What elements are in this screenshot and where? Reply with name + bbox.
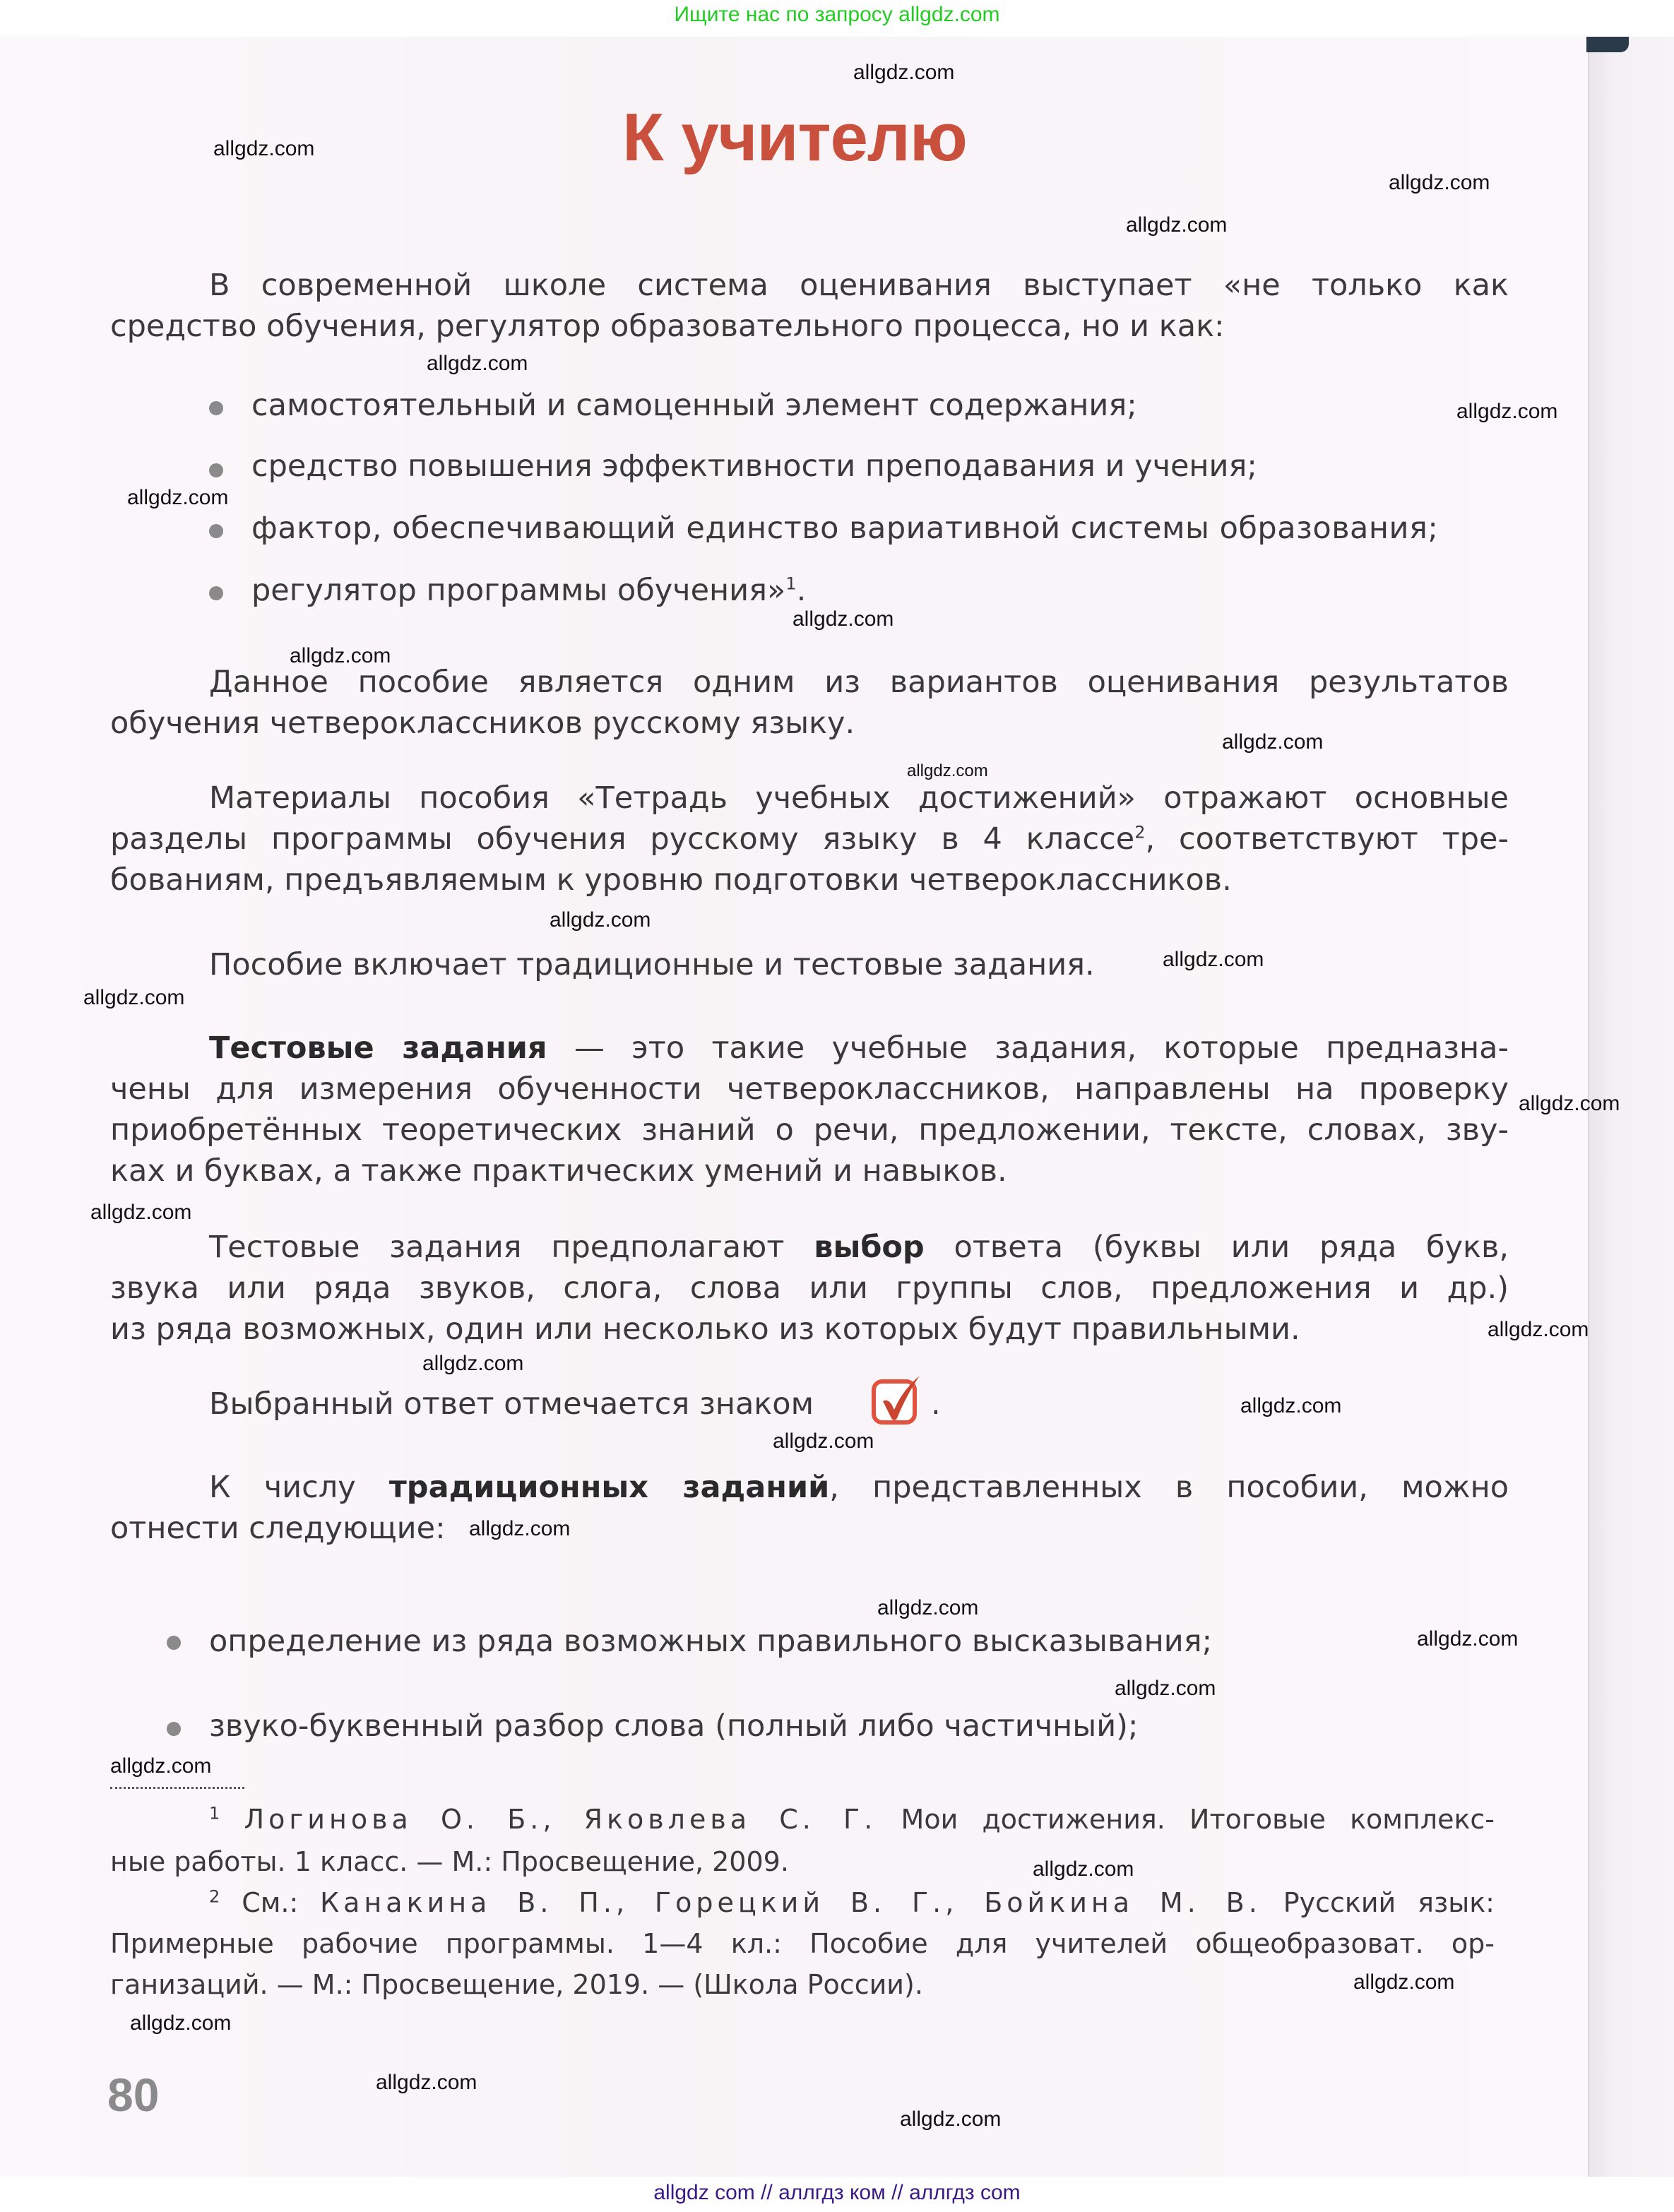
traditional-item: определение из ряда возможных правильног… <box>209 1621 1212 1662</box>
watermark: allgdz.com <box>130 2011 231 2035</box>
tests-choice-line-2: звука или ряда звуков, слога, слова или … <box>110 1268 1509 1309</box>
watermark: allgdz.com <box>1222 730 1323 754</box>
traditional-line-2: отнести следующие: <box>110 1508 1509 1549</box>
footnote-1-line-1: 1 Логинова О. Б., Яковлева С. Г. Мои дос… <box>209 1799 1495 1840</box>
watermark: allgdz.com <box>1488 1318 1589 1342</box>
tests-def-line-1: Тестовые задания — это такие учебные зад… <box>209 1028 1509 1069</box>
footnote-separator <box>110 1787 244 1789</box>
top-banner-text[interactable]: Ищите нас по запросу allgdz.com <box>674 3 999 27</box>
materials-line-1: Материалы пособия «Тетрадь учебных дости… <box>209 778 1509 819</box>
tests-choice-line-1: Тестовые задания предполагают выбор отве… <box>209 1227 1509 1268</box>
role-item: средство повышения эффективности препода… <box>251 446 1257 487</box>
watermark: allgdz.com <box>376 2071 477 2095</box>
watermark: allgdz.com <box>110 1754 211 1778</box>
materials-line-3: бованиям, предъявляемым к уровню подгото… <box>110 860 1509 900</box>
watermark: allgdz.com <box>1126 213 1227 237</box>
materials-text: разделы программы обучения русскому язык… <box>110 821 1134 857</box>
footnote-ref[interactable]: 1 <box>785 574 796 594</box>
bullet-icon <box>167 1636 181 1650</box>
bottom-banner-text[interactable]: allgdz com // аллгдз ком // аллгдз com <box>653 2181 1020 2205</box>
checkbox-checkmark-icon <box>870 1372 927 1428</box>
watermark: allgdz.com <box>1163 948 1264 972</box>
bottom-banner: allgdz com // аллгдз ком // аллгдз com <box>0 2177 1674 2212</box>
tests-choice-line-3: из ряда возможных, один или несколько из… <box>110 1309 1509 1350</box>
watermark: allgdz.com <box>90 1201 191 1225</box>
top-banner: Ищите нас по запросу allgdz.com <box>0 0 1674 37</box>
materials-text: , соответствуют тре- <box>1146 821 1509 857</box>
watermark: allgdz.com <box>1519 1092 1620 1116</box>
watermark: allgdz.com <box>290 644 391 668</box>
footnote-ref[interactable]: 2 <box>1134 823 1145 843</box>
watermark: allgdz.com <box>1033 1857 1134 1881</box>
tests-def-line-2: чены для измерения обученности четверокл… <box>110 1069 1509 1110</box>
watermark: allgdz.com <box>907 761 988 781</box>
watermark: allgdz.com <box>422 1352 523 1376</box>
footnote-number: 1 <box>209 1803 220 1823</box>
tests-def-line-4: ках и буквах, а также практических умени… <box>110 1150 1509 1191</box>
footnote-2-line-1: 2 См.: Канакина В. П., Горецкий В. Г., Б… <box>209 1882 1495 1923</box>
watermark: allgdz.com <box>127 486 228 510</box>
role-item: фактор, обеспечивающий единство вариатив… <box>251 508 1438 549</box>
answer-mark-text: Выбранный ответ отмечается знаком <box>209 1384 814 1425</box>
bullet-icon <box>209 586 223 600</box>
intro-line-1: В современной школе система оценивания в… <box>209 265 1509 306</box>
footnote-prefix: См.: <box>242 1887 320 1918</box>
watermark: allgdz.com <box>773 1429 874 1453</box>
watermark: allgdz.com <box>793 607 894 631</box>
role-item-last: регулятор программы обучения»1. <box>251 570 806 611</box>
tests-def-text: — это такие учебные задания, которые пре… <box>547 1030 1509 1066</box>
watermark: allgdz.com <box>213 137 314 161</box>
watermark: allgdz.com <box>853 61 954 85</box>
watermark: allgdz.com <box>1240 1394 1341 1418</box>
includes-text: Пособие включает традиционные и тестовые… <box>209 944 1509 985</box>
term-test-tasks: Тестовые задания <box>209 1030 547 1066</box>
bullet-icon <box>167 1722 181 1736</box>
watermark: allgdz.com <box>900 2107 1001 2131</box>
bullet-icon <box>209 524 223 538</box>
role-item: самостоятельный и самоценный элемент сод… <box>251 385 1137 426</box>
footnote-number: 2 <box>209 1886 220 1906</box>
footnote-authors: Канакина В. П., Горецкий В. Г., Бойкина … <box>320 1887 1262 1918</box>
traditional-line-1: К числу традиционных заданий, представле… <box>209 1467 1509 1508</box>
watermark: allgdz.com <box>1353 1970 1454 1994</box>
traditional-item: звуко-буквенный разбор слова (полный либ… <box>209 1706 1138 1747</box>
watermark: allgdz.com <box>1389 171 1490 195</box>
term-choice: выбор <box>814 1230 924 1265</box>
watermark: allgdz.com <box>83 986 184 1010</box>
footnote-1-line-2: ные работы. 1 класс. — М.: Просвещение, … <box>110 1841 1495 1882</box>
materials-line-2: разделы программы обучения русскому язык… <box>110 819 1509 860</box>
answer-mark-end: . <box>931 1384 941 1425</box>
punctuation: . <box>797 573 807 608</box>
watermark: allgdz.com <box>1417 1627 1518 1651</box>
term-traditional: традиционных заданий <box>389 1470 829 1505</box>
footnote-text: Мои достижения. Итоговые комплекс- <box>877 1804 1495 1835</box>
footnote-text: Русский язык: <box>1262 1887 1495 1918</box>
traditional-text: , представленных в пособии, можно <box>829 1470 1509 1505</box>
binding-edge <box>1586 37 1629 52</box>
watermark: allgdz.com <box>550 908 651 932</box>
role-item-text: регулятор программы обучения» <box>251 573 785 608</box>
watermark: allgdz.com <box>1456 400 1557 424</box>
footnote-2-line-2: Примерные рабочие программы. 1—4 кл.: По… <box>110 1923 1495 1964</box>
footnote-2-line-3: ганизаций. — М.: Просвещение, 2019. — (Ш… <box>110 1964 1495 2005</box>
page-number: 80 <box>107 2068 159 2122</box>
intro-line-2: средство обучения, регулятор образовател… <box>110 306 1509 347</box>
tests-choice-text: ответа (буквы или ряда букв, <box>925 1230 1509 1265</box>
tests-choice-text: Тестовые задания предполагают <box>209 1230 814 1265</box>
bullet-icon <box>209 463 223 477</box>
watermark: allgdz.com <box>469 1517 570 1541</box>
tests-def-line-3: приобретённых теоретических знаний о реч… <box>110 1110 1509 1150</box>
footnote-authors: Логинова О. Б., Яковлева С. Г. <box>244 1804 877 1835</box>
watermark: allgdz.com <box>877 1596 978 1620</box>
bullet-icon <box>209 401 223 415</box>
watermark: allgdz.com <box>1115 1677 1216 1701</box>
watermark: allgdz.com <box>427 352 528 376</box>
purpose-line-1: Данное пособие является одним из вариант… <box>209 662 1509 703</box>
traditional-text: К числу <box>209 1470 389 1505</box>
